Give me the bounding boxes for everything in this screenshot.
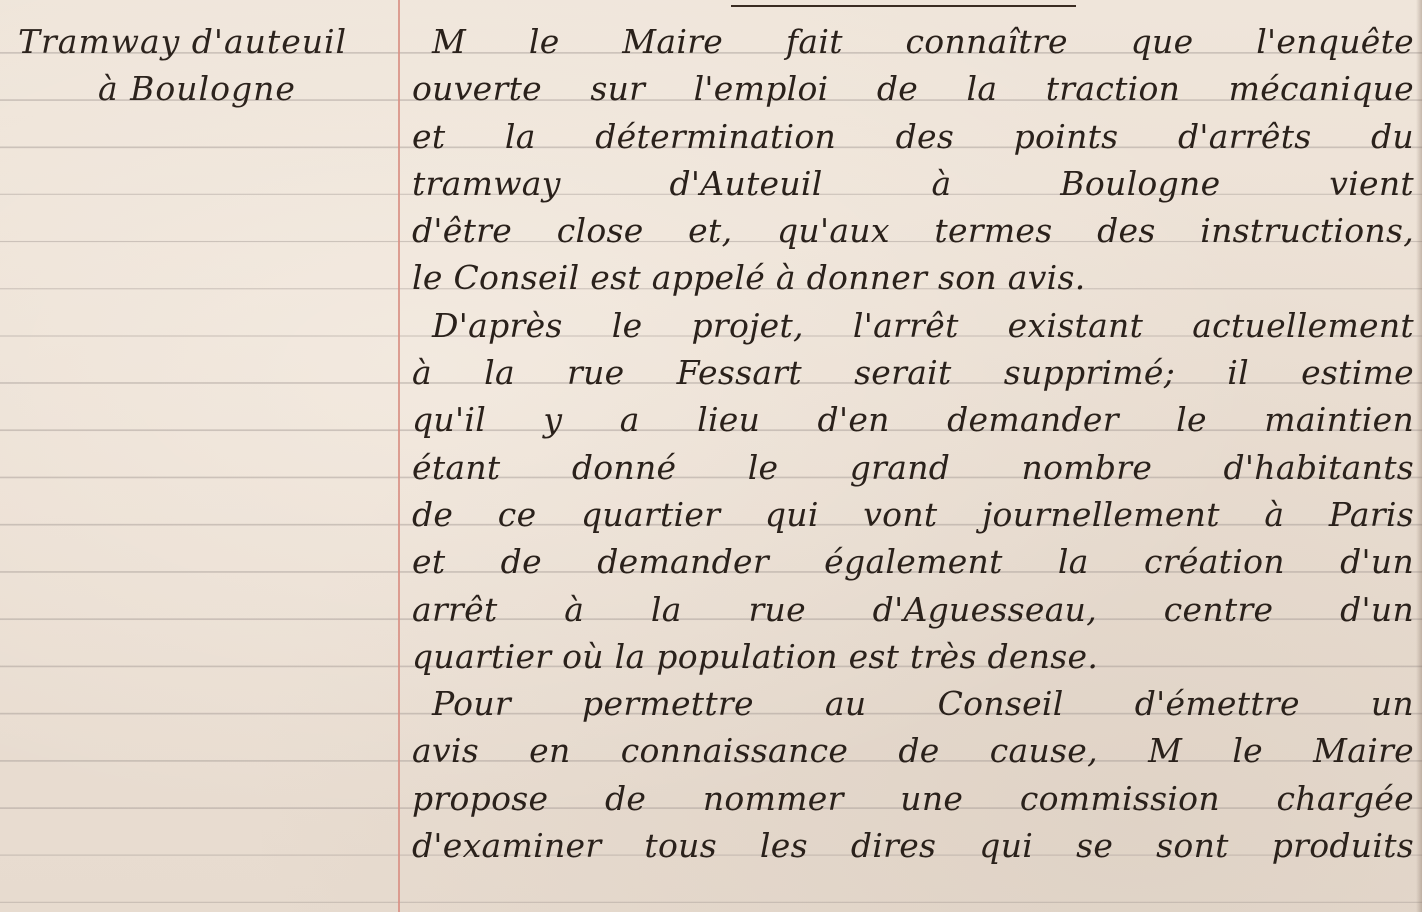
minutes-body-text: M le Maire fait connaître que l'enquête …	[412, 18, 1414, 869]
margin-note-line: à Boulogne	[18, 65, 388, 112]
text-line: à la rue Fessart serait supprimé; il est…	[412, 349, 1414, 396]
text-line: qu'il y a lieu d'en demander le maintien	[412, 396, 1414, 443]
text-line: ouverte sur l'emploi de la traction méca…	[412, 65, 1414, 112]
text-line: propose de nommer une commission chargée	[412, 775, 1414, 822]
text-line: d'examiner tous les dires qui se sont pr…	[412, 822, 1414, 869]
text-line: d'être close et, qu'aux termes des instr…	[412, 207, 1414, 254]
text-line: avis en connaissance de cause, M le Mair…	[412, 727, 1414, 774]
margin-subject-heading: Tramway d'auteuil à Boulogne	[18, 18, 388, 112]
register-page: Tramway d'auteuil à Boulogne M le Maire …	[0, 0, 1422, 912]
text-line: quartier où la population est très dense…	[412, 633, 1414, 680]
red-margin-rule	[398, 0, 400, 912]
text-line: tramway d'Auteuil à Boulogne vient	[412, 160, 1414, 207]
text-line: arrêt à la rue d'Aguesseau, centre d'un	[412, 586, 1414, 633]
text-line: et la détermination des points d'arrêts …	[412, 113, 1414, 160]
text-line: de ce quartier qui vont journellement à …	[412, 491, 1414, 538]
page-edge-shadow	[1416, 0, 1422, 912]
text-line: et de demander également la création d'u…	[412, 538, 1414, 585]
margin-note-line: Tramway d'auteuil	[18, 18, 388, 65]
text-line: D'après le projet, l'arrêt existant actu…	[412, 302, 1414, 349]
text-line: M le Maire fait connaître que l'enquête	[412, 18, 1414, 65]
text-line: le Conseil est appelé à donner son avis.	[412, 254, 1414, 301]
text-line: étant donné le grand nombre d'habitants	[412, 444, 1414, 491]
text-line: Pour permettre au Conseil d'émettre un	[412, 680, 1414, 727]
section-separator-rule	[731, 5, 1076, 7]
